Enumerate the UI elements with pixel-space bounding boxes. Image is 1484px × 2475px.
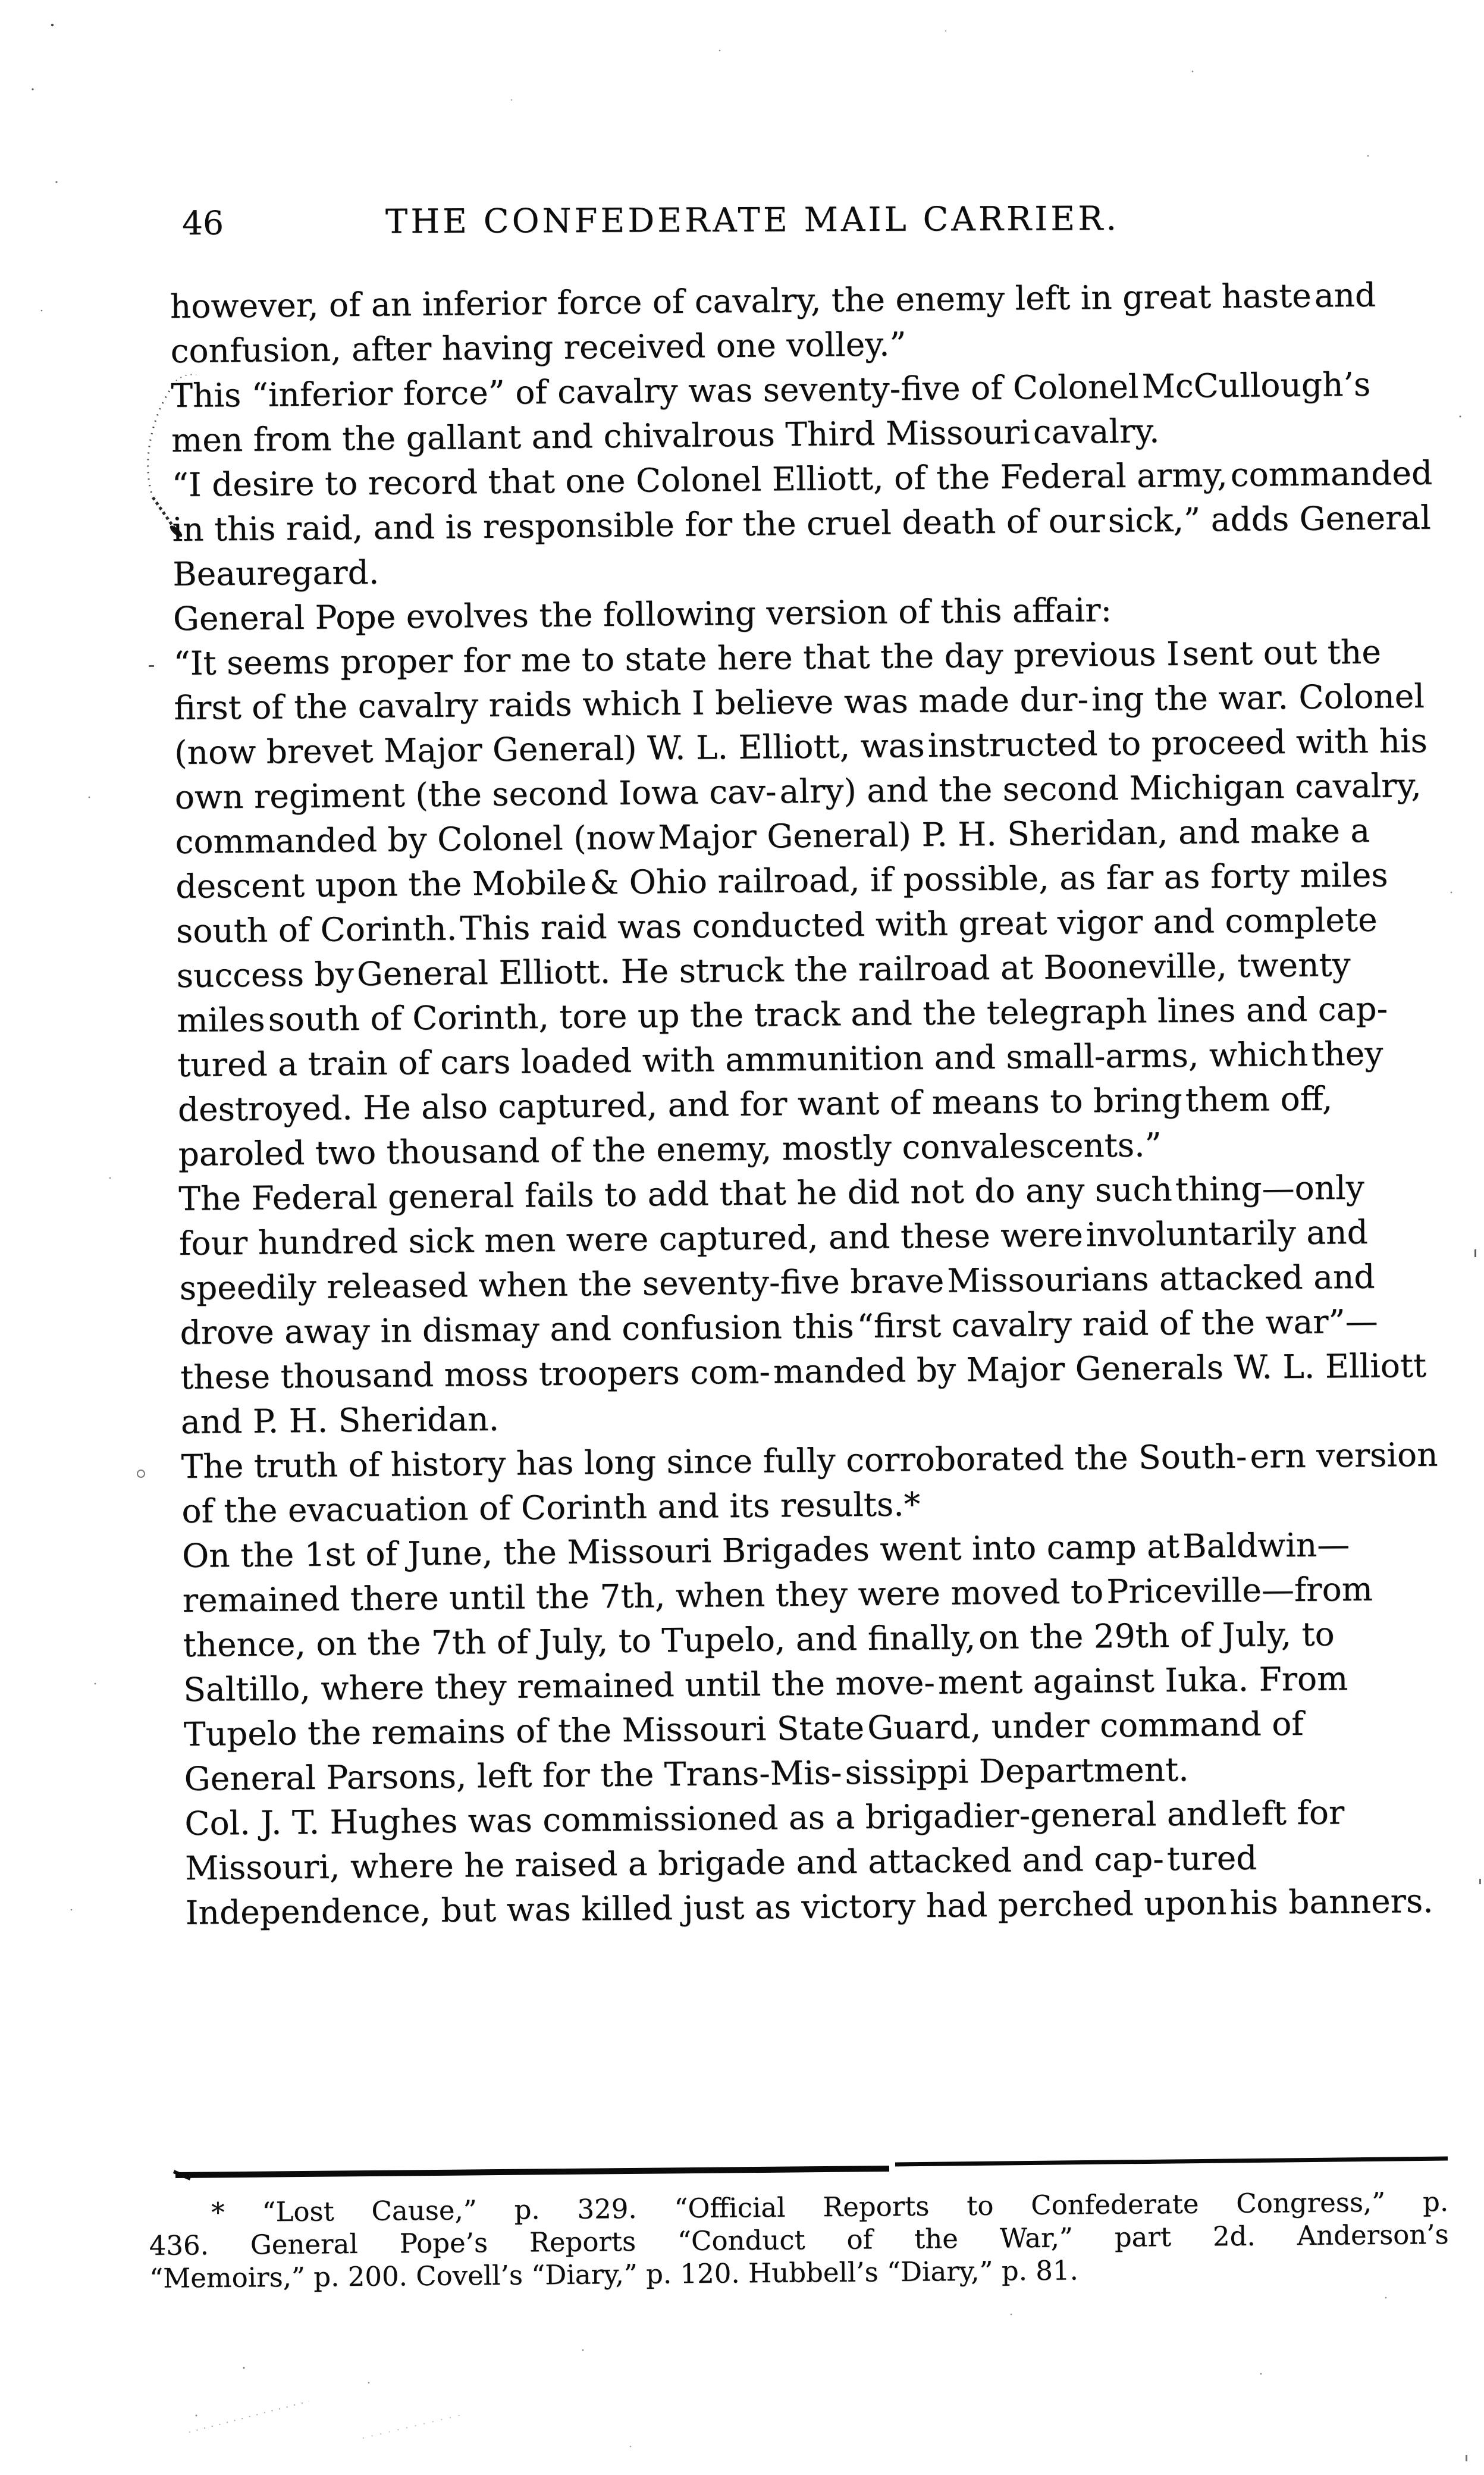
text-line: The Federal general fails to add that he… (178, 1170, 1172, 1218)
footnote-rule-right (895, 2158, 1448, 2164)
text-line: Col. J. T. Hughes was commissioned as a … (184, 1794, 1228, 1843)
paragraph: “It seems proper for me to state here th… (173, 629, 1439, 1177)
scanned-book-page: 46 THE CONFEDERATE MAIL CARRIER. however… (0, 0, 1484, 2475)
page-body: however, of an inferior force of cavalry… (170, 272, 1447, 1935)
footnote-rule-left (175, 2169, 889, 2175)
text-line: “I desire to record that one Colonel Ell… (172, 456, 1228, 504)
text-line: The truth of history has long since full… (181, 1437, 1247, 1486)
paragraph: This “inferior force” of cavalry was sev… (171, 362, 1432, 463)
footnote: * “Lost Cause,” p. 329. “Official Report… (149, 2185, 1449, 2295)
text-line: General Pope evolves the following versi… (173, 591, 1112, 638)
paragraph: On the 1st of June, the Missouri Brigade… (182, 1522, 1445, 1802)
paragraph: however, of an inferior force of cavalry… (170, 272, 1432, 374)
text-line: however, of an inferior force of cavalry… (170, 277, 1312, 325)
paragraph: The Federal general fails to add that he… (178, 1165, 1442, 1445)
margin-circle-artifact (137, 1470, 145, 1477)
text-line: tured a train of cars loaded with ammuni… (177, 1035, 1309, 1084)
running-title: THE CONFEDERATE MAIL CARRIER. (122, 197, 1383, 244)
paragraph: The truth of history has long since full… (181, 1433, 1442, 1534)
text-line: south of Corinth, tore up the track and … (268, 989, 1388, 1038)
paragraph: “I desire to record that one Colonel Ell… (171, 451, 1433, 597)
text-line: On the 1st of June, the Missouri Brigade… (182, 1527, 1180, 1575)
text-line: cavalry. (1033, 412, 1160, 451)
text-line: sissippi Department. (845, 1750, 1189, 1792)
text-line: “It seems proper for me to state here th… (173, 635, 1179, 682)
text-line: This “inferior force” of cavalry was sev… (171, 367, 1139, 415)
page-header: 46 THE CONFEDERATE MAIL CARRIER. (178, 197, 1439, 244)
text-line: his banners. (1229, 1882, 1433, 1922)
paragraph: Col. J. T. Hughes was commissioned as a … (184, 1790, 1447, 1935)
footnote-separator (174, 2158, 1448, 2179)
bottom-streak-artifacts (189, 2401, 464, 2438)
footnote-rule-hook (174, 2172, 190, 2179)
